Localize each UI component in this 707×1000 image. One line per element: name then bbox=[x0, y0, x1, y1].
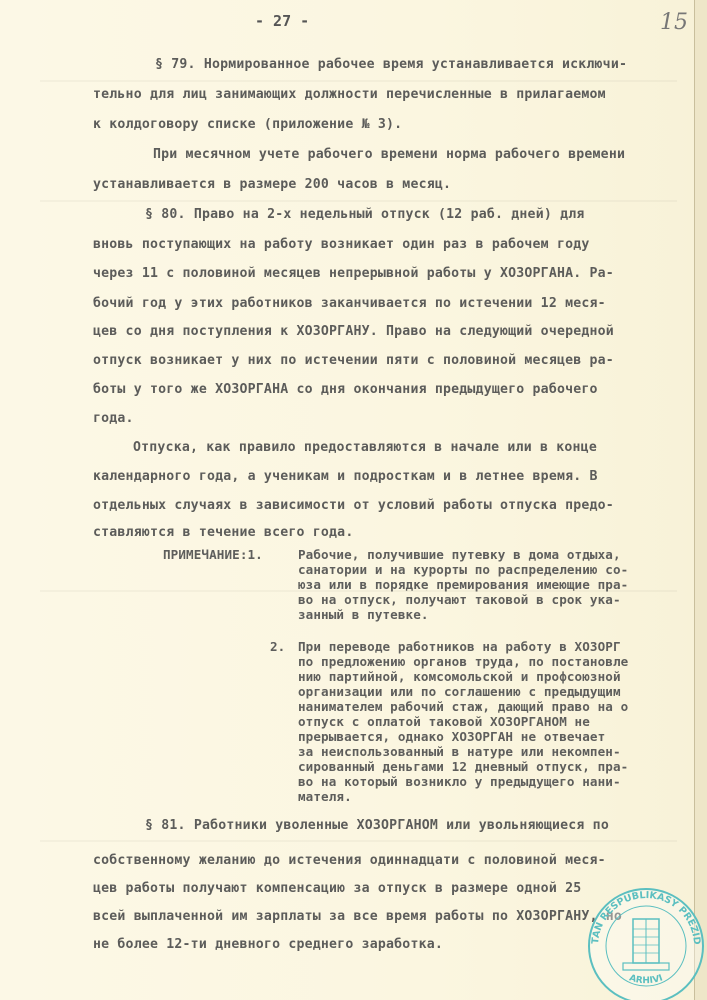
note-text: юза или в порядке премирования имеющие п… bbox=[298, 577, 628, 593]
note-text: нанимателем рабочий стаж, дающий право н… bbox=[298, 699, 628, 715]
text-line: года. bbox=[93, 411, 134, 426]
text-line: боты у того же ХОЗОРГАНА со дня окончани… bbox=[93, 382, 598, 397]
text-line: При месячном учете рабочего времени норм… bbox=[153, 147, 625, 162]
text-line: Отпуска, как правило предоставляются в н… bbox=[133, 440, 597, 455]
note-text: санатории и на курорты по распределению … bbox=[298, 562, 628, 578]
text-line: отдельных случаях в зависимости от услов… bbox=[93, 498, 614, 513]
text-line: к колдоговору списке (приложение № 3). bbox=[93, 117, 402, 132]
note-text: за неиспользованный в натуре или некомпе… bbox=[298, 744, 621, 760]
text-line: бочий год у этих работников заканчиваетс… bbox=[93, 296, 606, 311]
archive-stamp: QAZAQSTAN RESPUBLIKASY PREZIDENTININ ARH… bbox=[585, 885, 707, 1000]
note-text: по предложению органов труда, по постано… bbox=[298, 654, 628, 670]
note-item-label: 2. bbox=[270, 639, 285, 655]
note-text: организации или по соглашению с предыдущ… bbox=[298, 684, 621, 700]
text-line: § 81. Работники уволенные ХОЗОРГАНОМ или… bbox=[145, 818, 609, 833]
note-text: Рабочие, получившие путевку в дома отдых… bbox=[298, 547, 621, 563]
sheet-number: 15 bbox=[660, 10, 688, 35]
document-page: - 27 - 15 § 79. Нормированное рабочее вр… bbox=[0, 0, 707, 1000]
page-edge bbox=[694, 0, 707, 1000]
note-text: отпуск с оплатой таковой ХОЗОРГАНОМ не bbox=[298, 714, 590, 730]
text-line: через 11 с половиной месяцев непрерывной… bbox=[93, 266, 614, 281]
text-line: § 79. Нормированное рабочее время устана… bbox=[155, 57, 627, 72]
text-line: цев работы получают компенсацию за отпус… bbox=[93, 881, 581, 896]
text-line: тельно для лиц занимающих должности пере… bbox=[93, 87, 606, 102]
note-text: занный в путевке. bbox=[298, 607, 429, 623]
note-text: сированный деньгами 12 дневный отпуск, п… bbox=[298, 759, 628, 775]
note-text: мателя. bbox=[298, 789, 352, 805]
note-text: во на отпуск, получают таковой в срок ук… bbox=[298, 592, 621, 608]
text-line: собственному желанию до истечения одинна… bbox=[93, 853, 606, 868]
bleed-through bbox=[40, 80, 677, 82]
page-number: - 27 - bbox=[255, 12, 309, 30]
archive-building-icon: QAZAQSTAN RESPUBLIKASY PREZIDENTININ ARH… bbox=[585, 885, 707, 1000]
note-text: При переводе работников на работу в ХОЗО… bbox=[298, 639, 621, 655]
text-line: календарного года, а ученикам и подростк… bbox=[93, 469, 598, 484]
text-line: ставляются в течение всего года. bbox=[93, 525, 353, 540]
note-text: прерывается, однако ХОЗОРГАН не отвечает bbox=[298, 729, 605, 745]
text-line: всей выплаченной им зарплаты за все врем… bbox=[93, 909, 622, 924]
text-line: вновь поступающих на работу возникает од… bbox=[93, 237, 590, 252]
text-line: не более 12-ти дневного среднего заработ… bbox=[93, 937, 443, 952]
note-label: ПРИМЕЧАНИЕ:1. bbox=[163, 547, 263, 563]
text-line: § 80. Право на 2-х недельный отпуск (12 … bbox=[145, 207, 585, 222]
bleed-through bbox=[40, 840, 677, 842]
bleed-through bbox=[40, 200, 677, 202]
note-text: нию партийной, комсомольской и профсоюзн… bbox=[298, 669, 621, 685]
text-line: цев со дня поступления к ХОЗОРГАНУ. Прав… bbox=[93, 324, 614, 339]
text-line: устанавливается в размере 200 часов в ме… bbox=[93, 177, 451, 192]
text-line: отпуск возникает у них по истечении пяти… bbox=[93, 353, 614, 368]
note-text: во на который возникло у предыдущего нан… bbox=[298, 774, 621, 790]
